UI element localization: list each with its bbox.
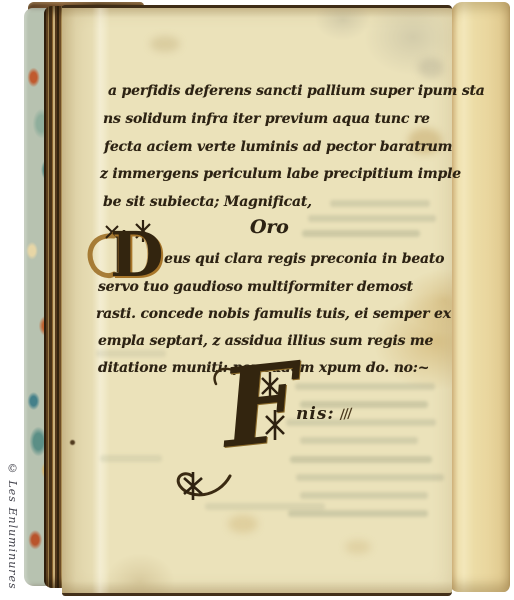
manuscript-line: eus qui clara regis preconia in beato	[164, 252, 444, 266]
show-through-text	[96, 350, 166, 357]
initial-letter: D	[110, 224, 164, 286]
manuscript-line: fecta aciem verte luminis ad pector bara…	[104, 140, 452, 154]
show-through-text	[100, 455, 162, 462]
explicit-flourish-marks: ///	[339, 407, 352, 421]
show-through-text	[330, 200, 430, 207]
show-through-text	[288, 510, 428, 517]
manuscript-line: be sit subiecta; Magnificat,	[103, 195, 312, 209]
manuscript-line: a perfidis deferens sancti pallium super…	[108, 84, 485, 98]
manuscript-line: rasti. concede nobis famulis tuis, ei se…	[96, 307, 451, 321]
manuscript-line: servo tuo gaudioso multiformiter demost	[98, 280, 413, 294]
manuscript-line: z immergens periculum labe precipitium i…	[100, 167, 461, 181]
explicit-letter: F	[217, 348, 305, 463]
explicit-text: nis:	[296, 406, 335, 423]
rubric-oratio: Oro	[250, 218, 289, 237]
show-through-text	[308, 215, 436, 222]
photo-of-manuscript: © Les Enluminures a perfidis deferens sa…	[0, 0, 514, 600]
show-through-text	[302, 230, 420, 237]
copyright-credit: © Les Enluminures	[6, 462, 19, 590]
explicit-flourish-finis: F nis: ///	[200, 358, 380, 498]
manuscript-line: ns solidum infra iter previum aqua tunc …	[103, 112, 430, 126]
